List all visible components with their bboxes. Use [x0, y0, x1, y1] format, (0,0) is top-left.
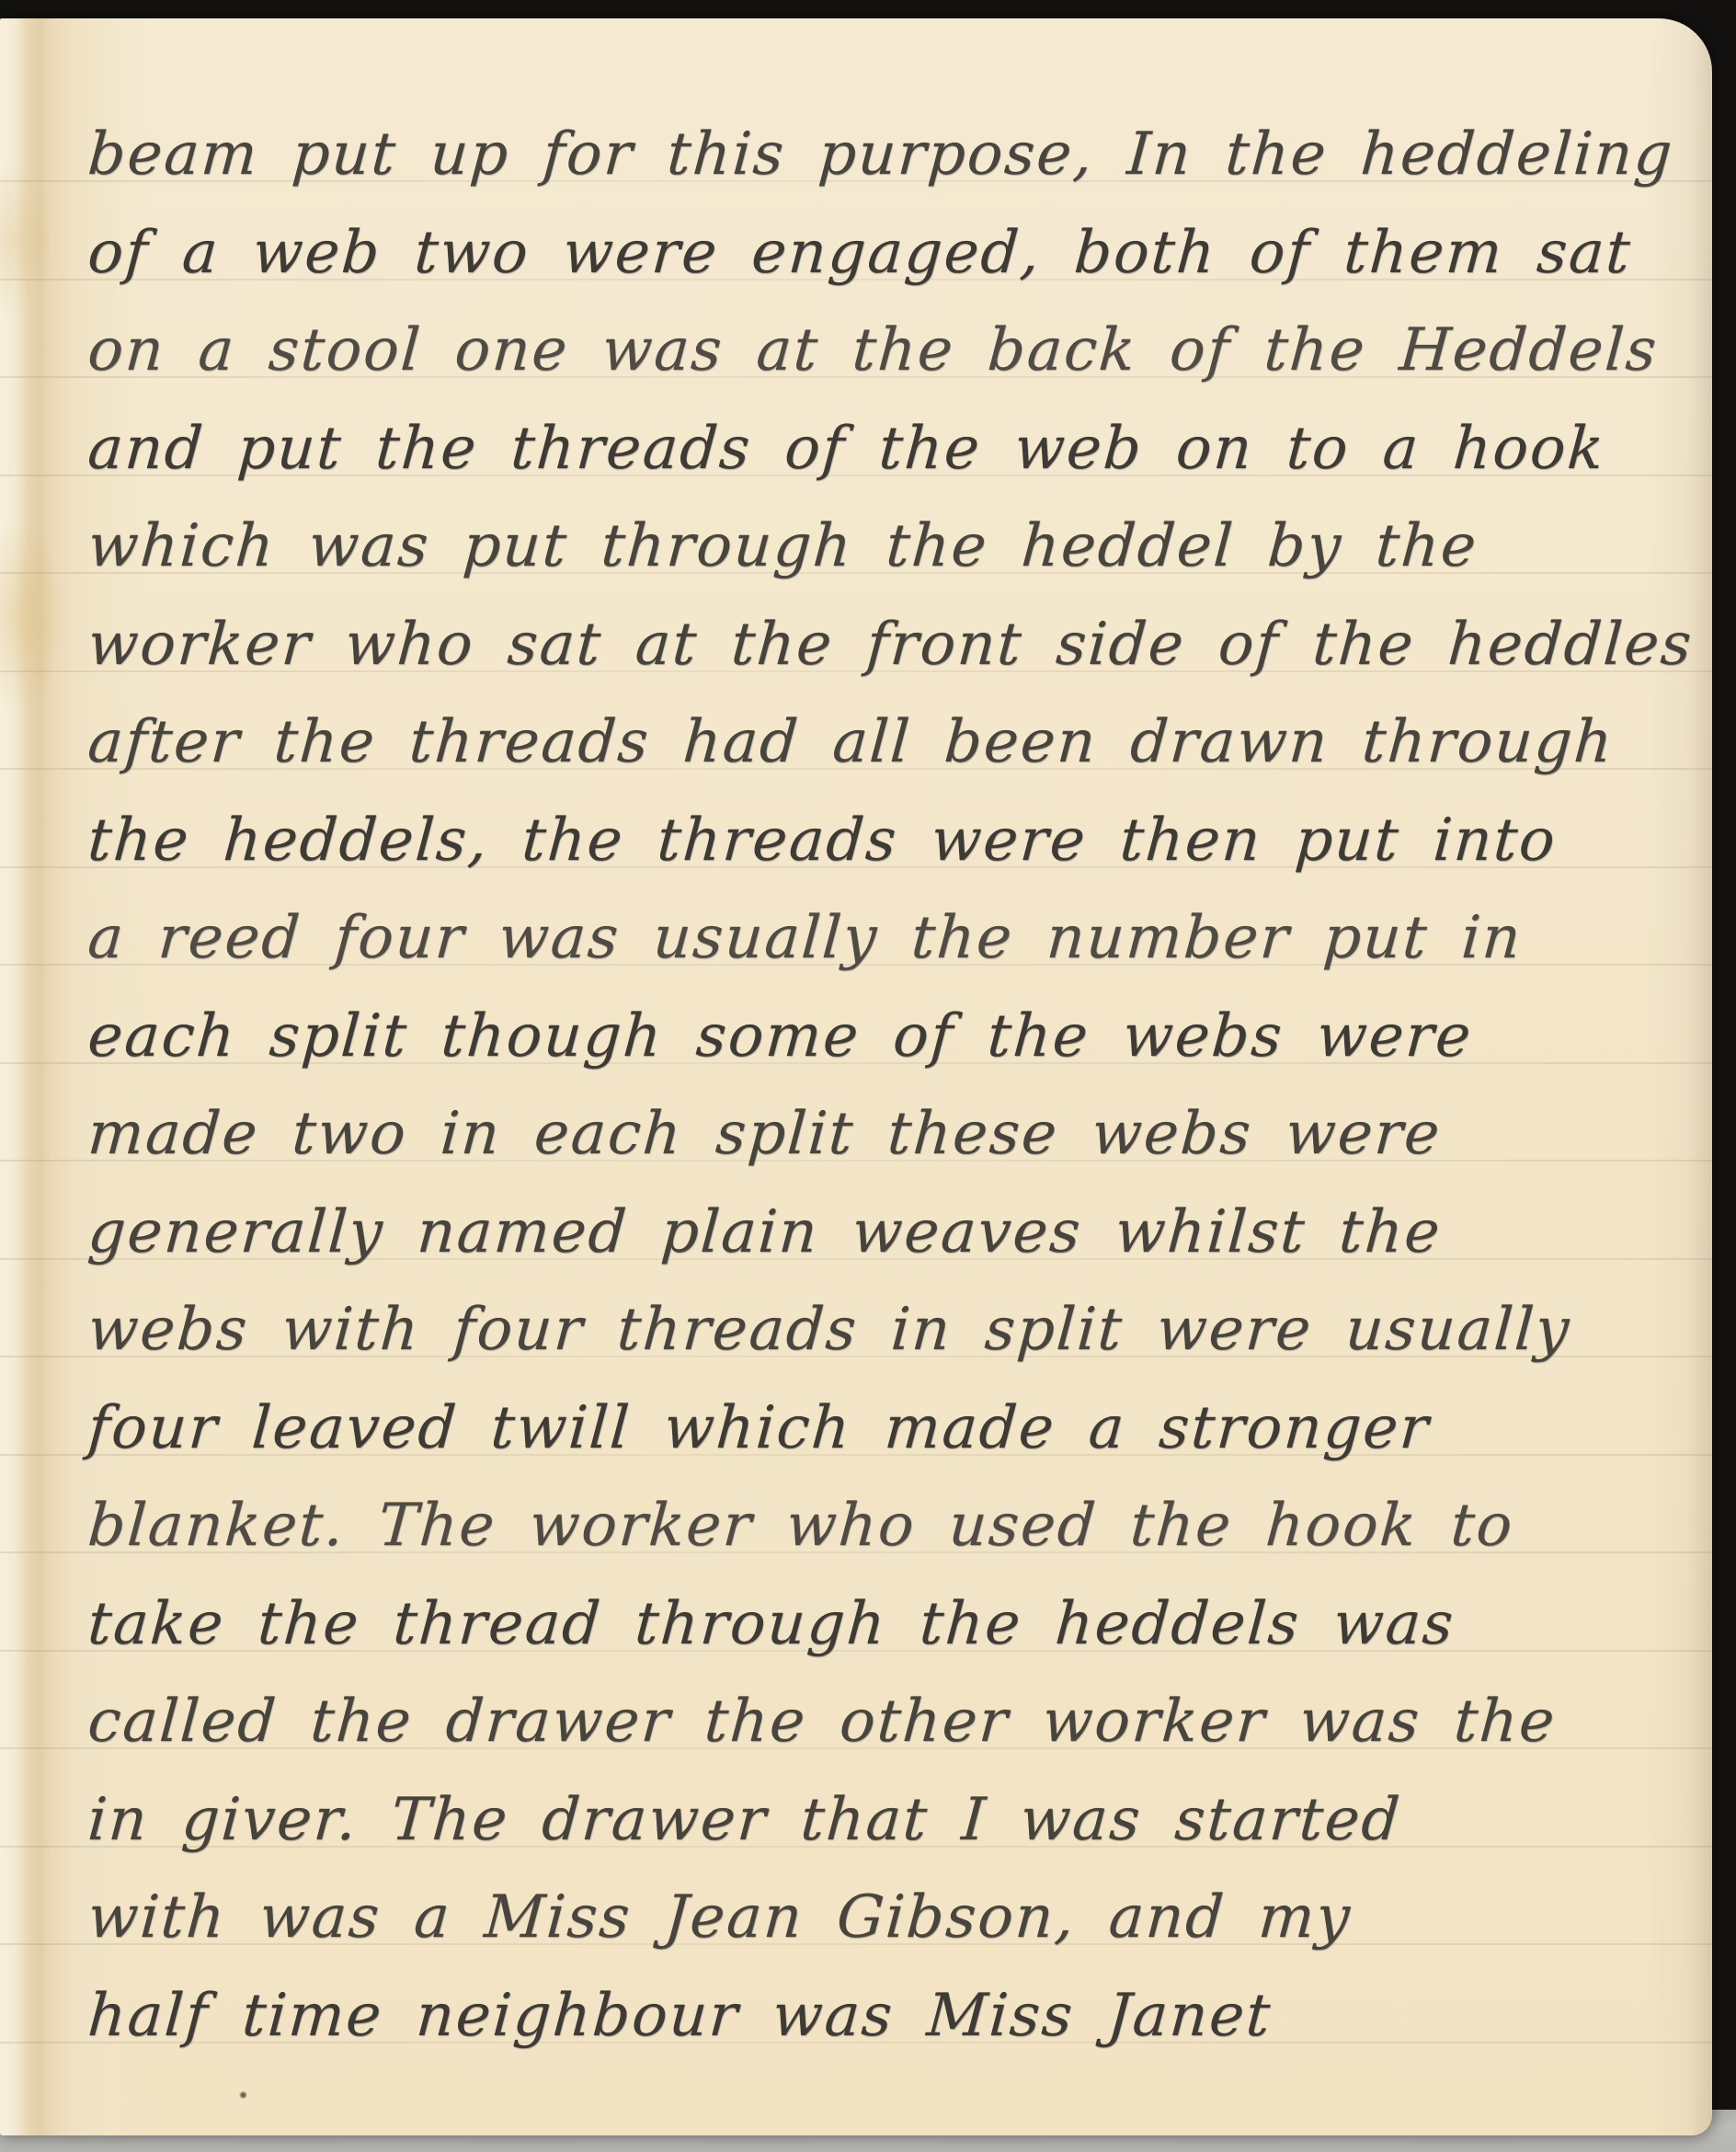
handwriting-line: of a web two were engaged, both of them …: [85, 214, 1691, 303]
handwriting-line: a reed four was usually the number put i…: [85, 899, 1691, 988]
handwriting-line: which was put through the heddel by the: [85, 508, 1691, 596]
handwriting-line: in giver. The drawer that I was started: [85, 1781, 1691, 1870]
handwriting-line: after the threads had all been drawn thr…: [85, 704, 1691, 792]
handwriting-line: half time neighbour was Miss Janet: [85, 1977, 1691, 2066]
handwriting-line: four leaved twill which made a stronger: [85, 1390, 1691, 1478]
handwriting-line: webs with four threads in split were usu…: [85, 1291, 1691, 1379]
handwriting-line: and put the threads of the web on to a h…: [85, 410, 1691, 498]
notebook-page: beam put up for this purpose, In the hed…: [0, 18, 1712, 2135]
ink-speck: [239, 2091, 247, 2099]
handwriting-line: made two in each split these webs were: [85, 1095, 1691, 1184]
handwriting-line: take the thread through the heddels was: [85, 1585, 1691, 1674]
handwriting-line: beam put up for this purpose, In the hed…: [85, 116, 1691, 204]
notebook-scan: beam put up for this purpose, In the hed…: [0, 0, 1736, 2152]
handwriting-line: with was a Miss Jean Gibson, and my: [85, 1879, 1691, 1967]
handwriting-line: generally named plain weaves whilst the: [85, 1194, 1691, 1282]
handwriting-line: worker who sat at the front side of the …: [85, 606, 1691, 694]
handwriting-line: blanket. The worker who used the hook to: [85, 1487, 1691, 1575]
handwriting-line: the heddels, the threads were then put i…: [85, 802, 1691, 890]
handwriting-line: called the drawer the other worker was t…: [85, 1683, 1691, 1771]
handwriting-line: each split though some of the webs were: [85, 998, 1691, 1086]
handwriting-line: on a stool one was at the back of the He…: [85, 312, 1691, 400]
